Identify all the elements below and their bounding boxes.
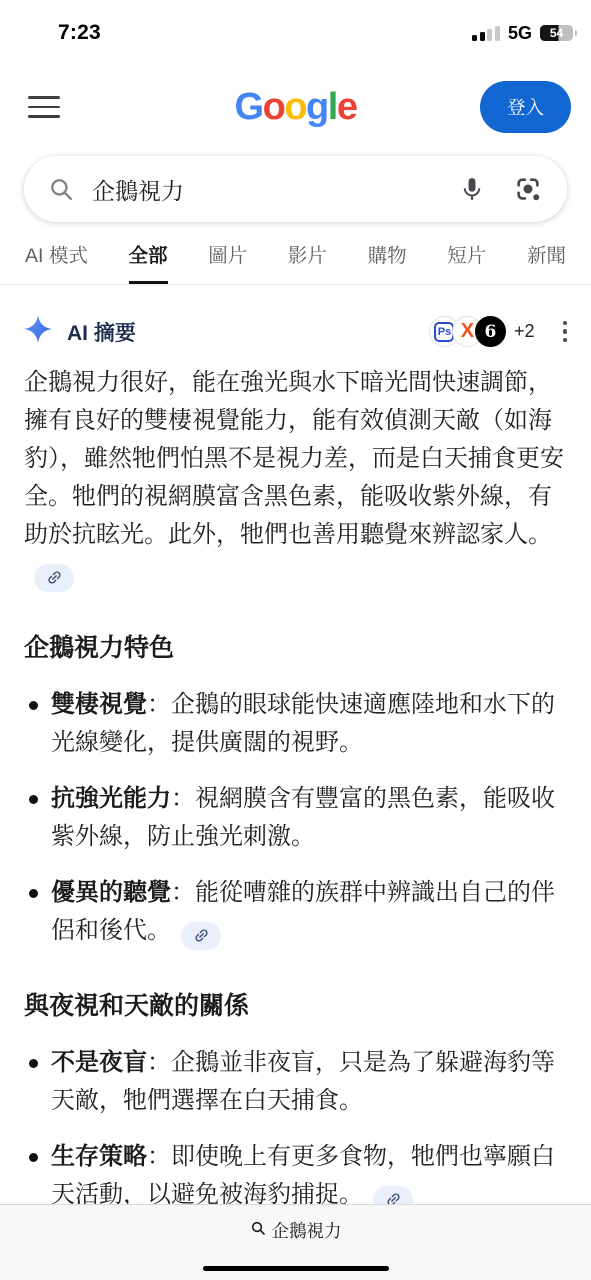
list-item: 雙棲視覺：企鵝的眼球能快速適應陸地和水下的光線變化，提供廣闊的視野。	[24, 686, 567, 762]
browser-address-bar: 企鵝視力	[0, 1204, 591, 1280]
section-heading-night-vision: 與夜視和天敵的關係	[24, 986, 567, 1022]
citation-link-icon[interactable]	[181, 922, 221, 950]
gemini-sparkle-icon	[24, 315, 52, 348]
address-bar-query[interactable]: 企鵝視力	[0, 1218, 591, 1243]
result-tabs: AI 模式 全部 圖片 影片 購物 短片 新聞	[0, 240, 591, 285]
section-heading-vision-features: 企鵝視力特色	[24, 628, 567, 664]
hamburger-menu-icon[interactable]	[28, 96, 60, 118]
google-logo[interactable]: Google	[235, 86, 357, 129]
overflow-menu-icon[interactable]	[563, 321, 568, 343]
list-item: 生存策略：即使晚上有更多食物，牠們也寧願白天活動，以避免被海豹捕捉。	[24, 1138, 567, 1214]
battery-icon: 54	[540, 25, 573, 41]
header: Google 登入	[0, 78, 591, 136]
list-item: 優異的聽覺：能從嘈雜的族群中辨識出自己的伴侶和後代。	[24, 874, 567, 950]
network-type-label: 5G	[508, 23, 532, 44]
ai-overview-section: AI 摘要 Ps X 6 +2 企鵝視力很好，能在強光與水下暗光間快速調節，擁有…	[0, 315, 591, 1214]
list-item: 不是夜盲：企鵝並非夜盲，只是為了躲避海豹等天敵，牠們選擇在白天捕食。	[24, 1044, 567, 1120]
ai-summary-paragraph: 企鵝視力很好，能在強光與水下暗光間快速調節，擁有良好的雙棲視覺能力，能有效偵測天…	[24, 364, 567, 592]
status-bar: 7:23 5G 54	[0, 0, 591, 56]
tab-shorts[interactable]: 短片	[447, 240, 486, 284]
clock: 7:23	[58, 21, 101, 45]
ai-overview-label: AI 摘要	[67, 317, 136, 347]
source-favicon-spiral[interactable]: 6	[475, 316, 506, 347]
ai-overview-header: AI 摘要 Ps X 6 +2	[24, 315, 567, 348]
night-vision-list: 不是夜盲：企鵝並非夜盲，只是為了躲避海豹等天敵，牠們選擇在白天捕食。 生存策略：…	[24, 1044, 567, 1214]
google-lens-icon[interactable]	[513, 174, 543, 204]
google-search-results-screen: 7:23 5G 54 Google 登入 企鵝視力	[0, 0, 591, 1280]
search-bar[interactable]: 企鵝視力	[24, 156, 567, 222]
sign-in-button[interactable]: 登入	[480, 81, 571, 133]
tab-shopping[interactable]: 購物	[368, 240, 407, 284]
vision-features-list: 雙棲視覺：企鵝的眼球能快速適應陸地和水下的光線變化，提供廣闊的視野。 抗強光能力…	[24, 686, 567, 950]
more-sources-count: +2	[514, 321, 535, 342]
home-indicator[interactable]	[203, 1266, 389, 1272]
search-icon	[48, 176, 74, 202]
tab-all[interactable]: 全部	[129, 240, 168, 284]
source-favicons[interactable]: Ps X 6 +2	[429, 316, 535, 347]
citation-link-icon[interactable]	[34, 564, 74, 592]
mini-search-icon	[250, 1220, 266, 1241]
microphone-icon[interactable]	[459, 176, 485, 202]
tab-ai-mode[interactable]: AI 模式	[25, 240, 88, 284]
tab-news[interactable]: 新聞	[527, 240, 566, 284]
tab-images[interactable]: 圖片	[208, 240, 247, 284]
list-item: 抗強光能力：視網膜含有豐富的黑色素，能吸收紫外線，防止強光刺激。	[24, 780, 567, 856]
tab-videos[interactable]: 影片	[288, 240, 327, 284]
cellular-signal-icon	[472, 25, 500, 41]
search-input[interactable]: 企鵝視力	[92, 173, 459, 206]
